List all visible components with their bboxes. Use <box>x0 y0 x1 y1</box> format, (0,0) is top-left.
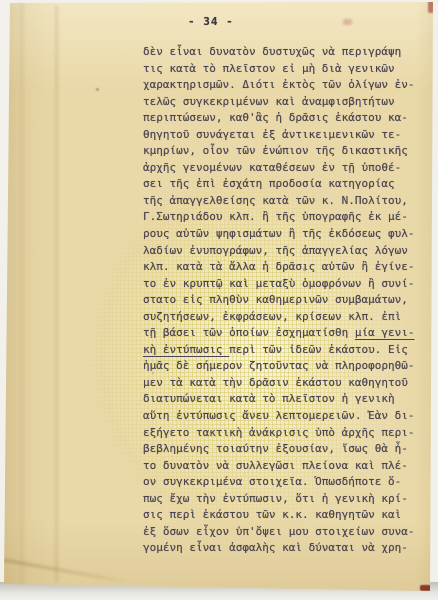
text-line: δὲν εἶναι δυνατὸν δυστυχῶς νὰ περιγράψη <box>143 44 428 61</box>
text-line: τελῶς συγκεκριμένων καὶ ἀναμφισβητήτων <box>143 94 428 111</box>
text-line: μεν τὰ κατὰ τὴν δρᾶσιν ἑκάστου καθηγητοῦ <box>143 375 428 392</box>
speck-2 <box>303 268 306 271</box>
text-line: τῇ βάσει τῶν ὁποίων ἐσχηματίσθη μία γενι… <box>143 325 428 342</box>
text-line: το ἐν κρυπτῷ καὶ μεταξὺ ὁμοφρόνων ἢ συνί… <box>143 276 428 293</box>
underlined-phrase: μία γενι- <box>355 326 415 339</box>
text-line: σις περὶ ἑκάστου τῶν κ.κ. καθηγητῶν καὶ <box>143 507 428 524</box>
text-line: κμηρίων, οἷον τῶν ἐνώπιον τῆς δικαστικῆς <box>143 143 428 160</box>
crease-left-edge <box>20 0 24 590</box>
text-line: τις κατὰ τὸ πλεῖστον εἰ μὴ διὰ γενικῶν <box>143 61 428 78</box>
crease-left <box>54 6 59 582</box>
text-line: θηγητοῦ συνάγεται ἐξ ἀντικειμενικῶν τε- <box>143 127 428 144</box>
text-line: ἐξ ὅσων εἶχον ὑπ'ὄψει μου στοιχείων συνα… <box>143 524 428 541</box>
text-line: το δυνατὸν νὰ συλλεγῶσι πλείονα καὶ πλέ- <box>143 458 428 475</box>
text-line: ἀρχῆς γενομένων καταθέσεων ἐν τῇ ὑποθέ- <box>143 160 428 177</box>
text-line: ρους αὐτῶν ψηφισμάτων ἢ τῆς ἐκδόσεως φυλ… <box>143 226 428 243</box>
text-line: γομένη εἶναι ἀσφαλὴς καὶ δύναται νὰ χρη- <box>143 540 428 557</box>
red-mark-bottom-right <box>420 585 431 591</box>
text-line: εξήγετο τακτικὴ ἀνάκρισις ὑπὸ ἀρχῆς περι… <box>143 425 428 442</box>
text-line: χαρακτηρισμῶν. Διότι ἐκτὸς τῶν ὀλίγων ἐν… <box>143 77 428 94</box>
paper-sheet: - 34 - δὲν εἶναι δυνατὸν δυστυχῶς νὰ περ… <box>0 0 438 600</box>
text-line: κλπ. κατὰ τὰ ἄλλα ἡ δρᾶσις αὐτῶν ἢ ἐγίνε… <box>143 259 428 276</box>
text-line: πως ἔχω τὴν ἐντύπωσιν, ὅτι ἡ γενικὴ κρί- <box>143 491 428 508</box>
text-line: συζητήσεων, ἐκφράσεων, κρίσεων κλπ. ἐπὶ <box>143 309 428 326</box>
text-line: διατυπώνεται κατὰ τὸ πλεῖστον ἡ γενικὴ <box>143 391 428 408</box>
text-line: κὴ ἐντύπωσις περὶ τῶν ἰδεῶν ἑκάστου. Εἰς <box>143 342 428 359</box>
page-number: - 34 - <box>188 15 234 28</box>
text-line: περιπτώσεων, καθ'ἃς ἡ δρᾶσις ἑκάστου κα- <box>143 110 428 127</box>
underlined-phrase: κὴ ἐντύπωσις <box>143 343 229 356</box>
text-line: τῆς ἀπαγγελθείσης κατὰ τῶν κ. Ν.Πολίτου, <box>143 193 428 210</box>
scanned-page-background: { "document": { "page_number": "- 34 -",… <box>0 0 438 600</box>
text-line: αὕτη ἐντύπωσις ἄνευ λεπτομερειῶν. Ἐὰν δι… <box>143 408 428 425</box>
text-line: Γ.Σωτηριάδου κλπ. ἢ τῆς ὑπογραφῆς ἐκ μέ- <box>143 209 428 226</box>
speck-1 <box>96 88 99 91</box>
text-line: σει τῆς ἐπὶ ἐσχάτη προδοσία κατηγορίας <box>143 176 428 193</box>
text-line: στατο εἰς πληθὺν καθημερινῶν συμβαμάτων, <box>143 292 428 309</box>
speck-3 <box>152 372 154 374</box>
text-line: βεβλημένης τοιαύτην ἐξουσίαν, ἴσως θὰ ἦ- <box>143 441 428 458</box>
text-line: λαδίων ἐνυπογράφων, τῆς ἀπαγγελίας λόγων <box>143 243 428 260</box>
text-line: ἡμᾶς δὲ σήμερον ζητοῦντας νὰ πληροφορηθῶ… <box>143 358 428 375</box>
corner-stain-top-right <box>428 0 434 13</box>
text-line: ον συγκεκριμένα στοιχεῖα. Ὁπωσδήποτε ὅ- <box>143 474 428 491</box>
typewritten-text-block: δὲν εἶναι δυνατὸν δυστυχῶς νὰ περιγράψητ… <box>143 44 428 557</box>
pink-smudge-top <box>343 19 352 25</box>
